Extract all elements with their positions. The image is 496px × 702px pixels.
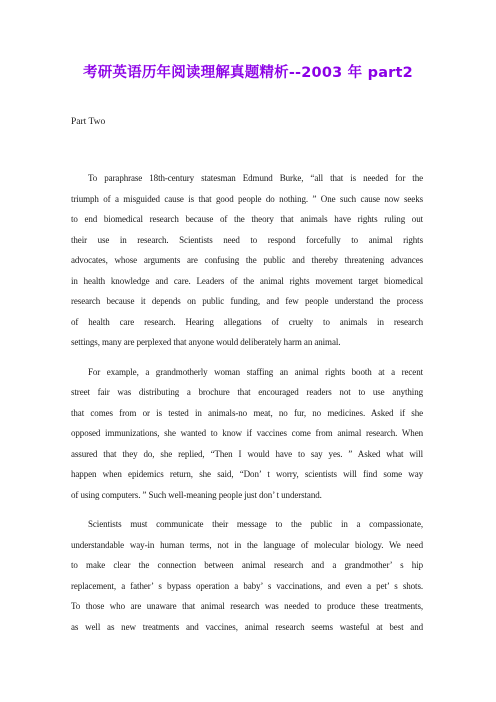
paragraph: Scientists must communicate their messag… [71, 514, 423, 637]
text-line: to make clear the connection between ani… [71, 555, 423, 576]
text-line: To paraphrase 18th-century statesman Edm… [71, 168, 423, 189]
paragraph: For example, a grandmotherly woman staff… [71, 362, 423, 506]
text-line: replacement, a father’ s bypass operatio… [71, 576, 423, 597]
text-line: happen when epidemics return, she said, … [71, 464, 423, 485]
text-line: To those who are unaware that animal res… [71, 596, 423, 617]
document-page: 考研英语历年阅读理解真题精析--2003 年 part2 Part Two To… [0, 0, 496, 702]
text-line: opposed immunizations, she wanted to kno… [71, 423, 423, 444]
text-line: advocates, whose arguments are confusing… [71, 250, 423, 271]
text-line: in health knowledge and care. Leaders of… [71, 271, 423, 292]
text-line: understandable way-in human terms, not i… [71, 535, 423, 556]
text-line: triumph of a misguided cause is that goo… [71, 189, 423, 210]
text-line: Scientists must communicate their messag… [71, 514, 423, 535]
text-line: their use in research. Scientists need t… [71, 230, 423, 251]
text-line: settings, many are perplexed that anyone… [71, 332, 423, 353]
text-line: research because it depends on public fu… [71, 291, 423, 312]
section-label: Part Two [71, 117, 496, 128]
page-title: 考研英语历年阅读理解真题精析--2003 年 part2 [10, 62, 486, 84]
text-line: to end biomedical research because of th… [71, 209, 423, 230]
document-body: To paraphrase 18th-century statesman Edm… [71, 168, 423, 637]
text-line: of health care research. Hearing allegat… [71, 312, 423, 333]
text-line: assured that they do, she replied, “Then… [71, 444, 423, 465]
text-line: of using computers. ” Such well-meaning … [71, 485, 423, 506]
text-line: street fair was distributing a brochure … [71, 382, 423, 403]
text-line: that comes from or is tested in animals-… [71, 403, 423, 424]
paragraph: To paraphrase 18th-century statesman Edm… [71, 168, 423, 353]
text-line: as well as new treatments and vaccines, … [71, 617, 423, 638]
text-line: For example, a grandmotherly woman staff… [71, 362, 423, 383]
